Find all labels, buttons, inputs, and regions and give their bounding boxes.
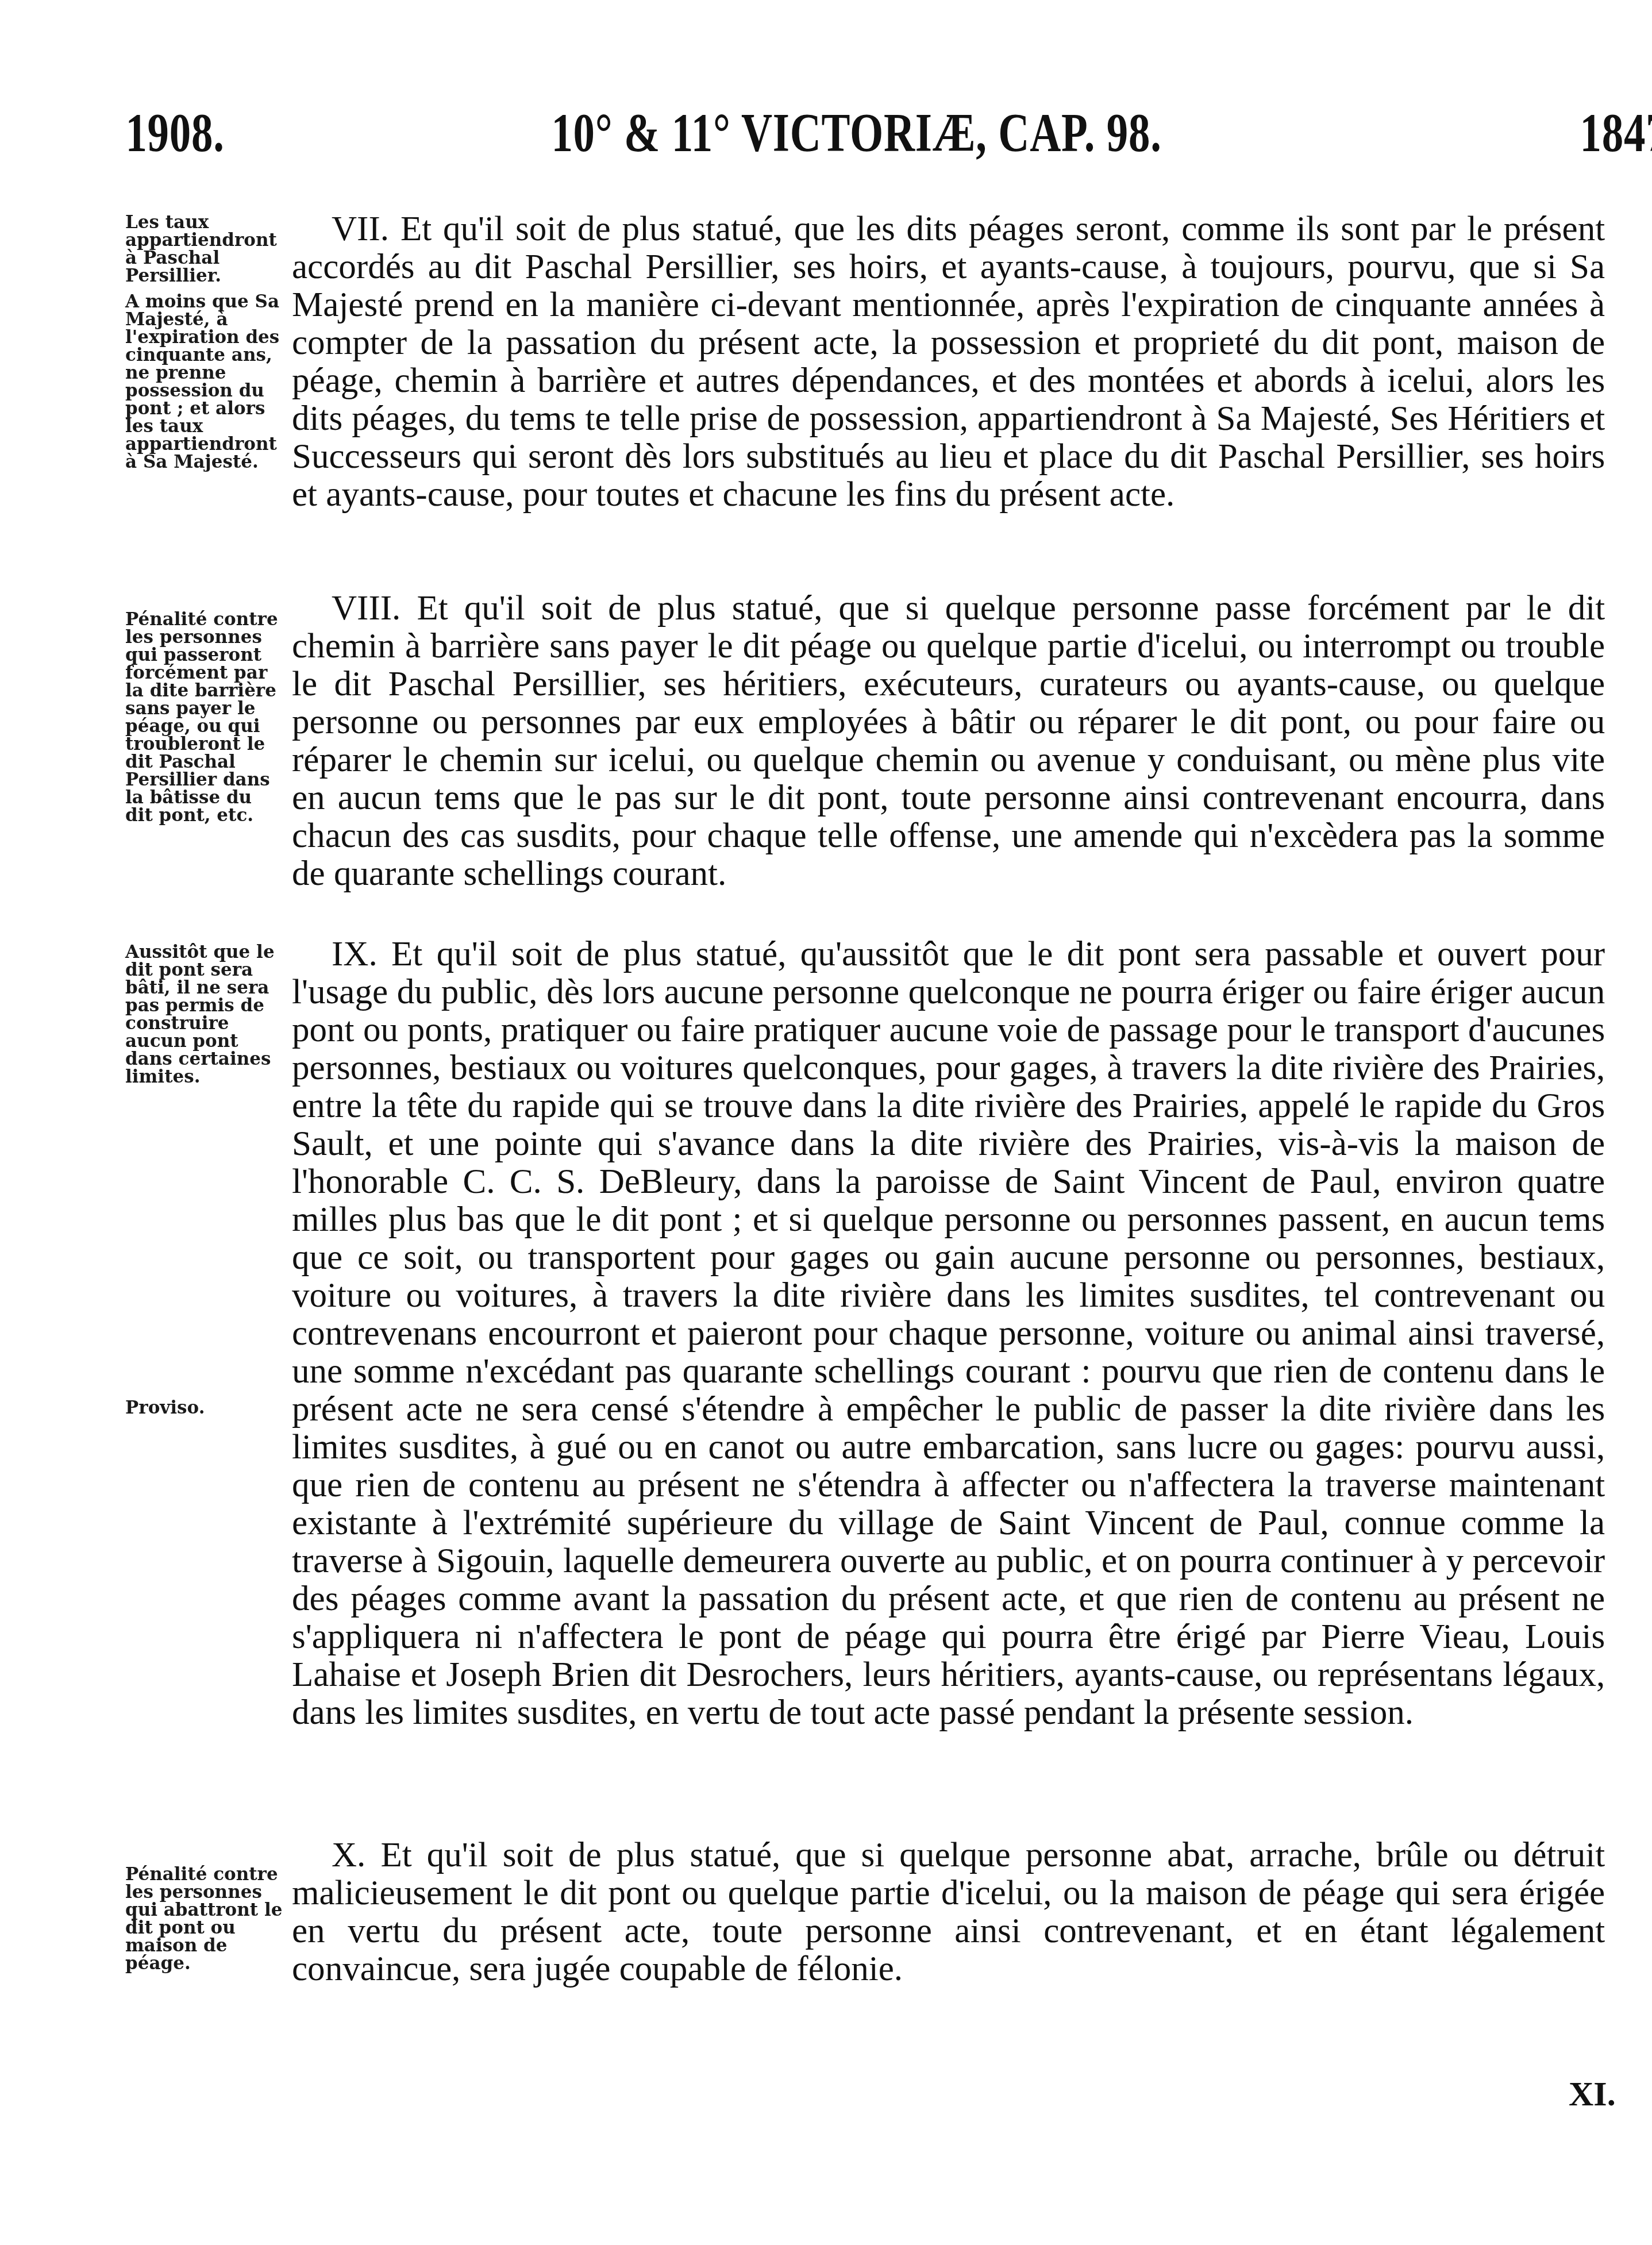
running-title: 10° & 11° VICTORIÆ, CAP. 98. <box>551 101 1161 164</box>
margin-note-penalty-destruction: Pénalité contre les personnes qui abattr… <box>125 1866 283 1973</box>
section-vii: VII. Et qu'il soit de plus statué, que l… <box>292 210 1605 513</box>
section-x: X. Et qu'il soit de plus statué, que si … <box>292 1836 1605 1988</box>
catchword: XI. <box>1569 2074 1616 2114</box>
section-text: Et qu'il soit de plus statué, que les di… <box>292 209 1605 514</box>
section-text: Et qu'il soit de plus statué, qu'aussitô… <box>292 934 1605 1732</box>
margin-note-no-other-bridge: Aussitôt que le dit pont sera bâti, il n… <box>125 944 283 1086</box>
header-year: 1847. <box>1580 101 1652 164</box>
margin-note-tolls-owner: Les taux appartiendront à Paschal Persil… <box>125 214 283 285</box>
running-header: 1908. 10° & 11° VICTORIÆ, CAP. 98. 1847. <box>0 101 1289 181</box>
page-number: 1908. <box>125 101 224 164</box>
margin-note-penalty-toll-evasion: Pénalité contre les personnes qui passer… <box>125 611 283 825</box>
section-number: IX. <box>332 934 378 973</box>
section-text: Et qu'il soit de plus statué, que si que… <box>292 1835 1605 1988</box>
section-viii: VIII. Et qu'il soit de plus statué, que … <box>292 589 1605 892</box>
section-text: Et qu'il soit de plus statué, que si que… <box>292 588 1605 893</box>
section-number: VIII. <box>332 588 401 627</box>
margin-note-proviso: Proviso. <box>125 1399 283 1417</box>
section-number: VII. <box>332 209 389 248</box>
margin-note-majesty-possession: A moins que Sa Majesté, à l'expiration d… <box>125 293 283 471</box>
section-ix: IX. Et qu'il soit de plus statué, qu'aus… <box>292 935 1605 1731</box>
section-number: X. <box>332 1835 365 1874</box>
